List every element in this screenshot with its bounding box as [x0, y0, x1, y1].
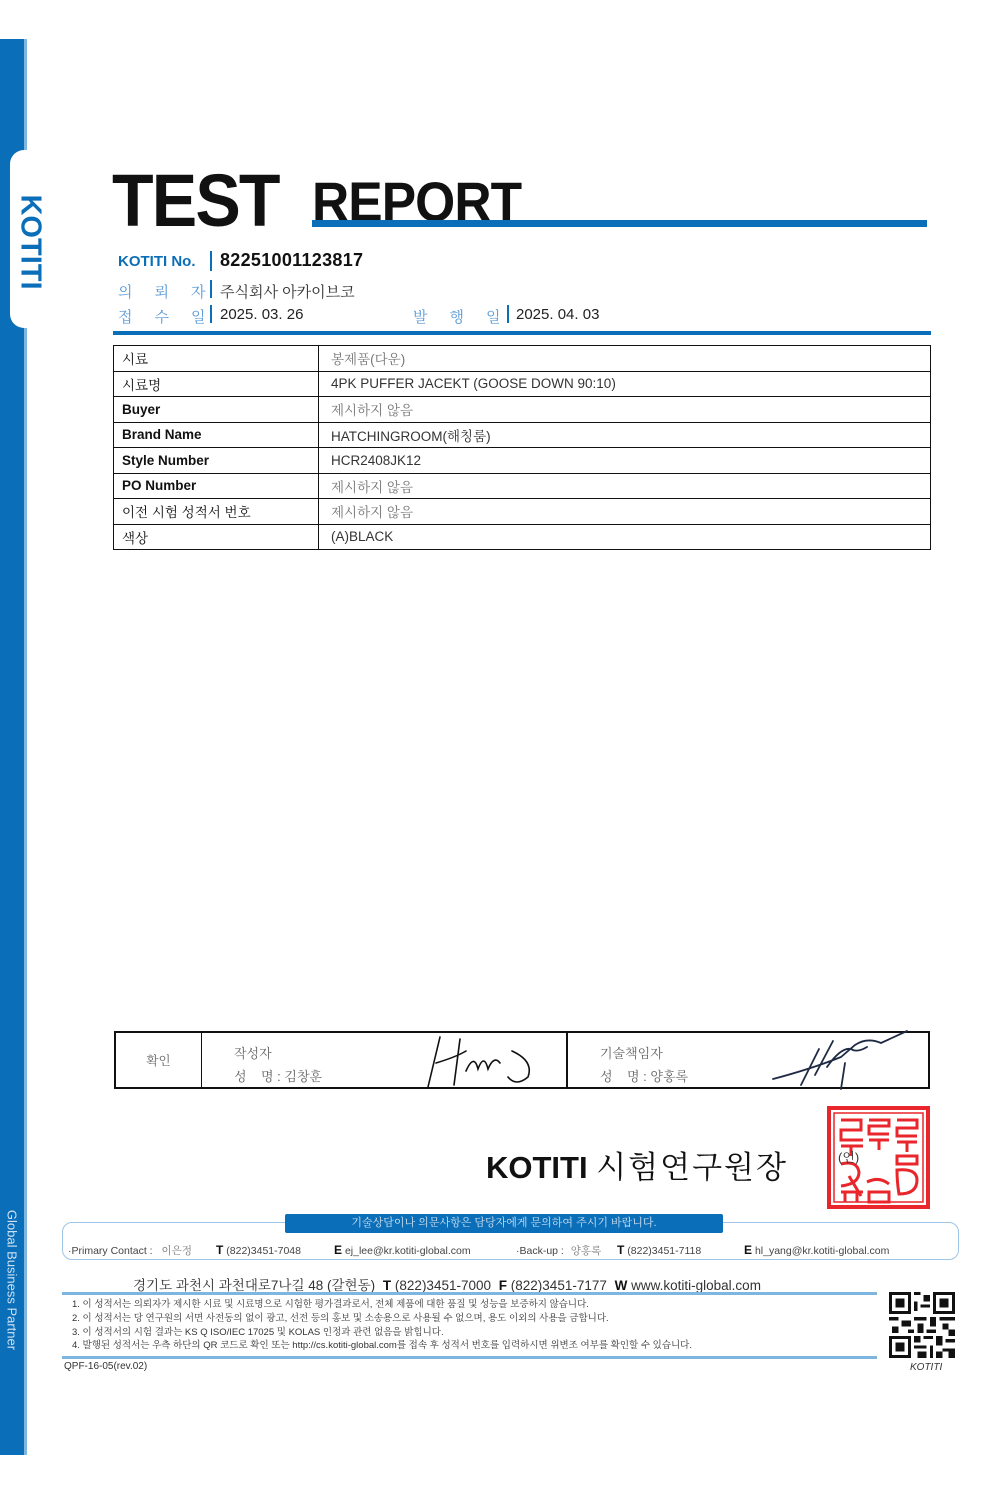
- form-code: QPF-16-05(rev.02): [64, 1361, 147, 1372]
- issued-date-value: 2025. 04. 03: [516, 306, 599, 323]
- row-label: PO Number: [114, 473, 319, 499]
- director-role: 시험연구원장: [596, 1150, 788, 1185]
- primary-contact-tel: T (822)3451-7048: [216, 1243, 301, 1257]
- table-row: 색상(A)BLACK: [114, 524, 931, 550]
- table-row: PO Number제시하지 않음: [114, 473, 931, 499]
- address-street: 경기도 과천시 과천대로7나길 48 (갈현동): [133, 1278, 375, 1293]
- email-label: E: [334, 1243, 342, 1257]
- notes-divider: [62, 1356, 877, 1359]
- row-value: HCR2408JK12: [319, 448, 931, 474]
- signature-divider: [566, 1033, 568, 1087]
- table-row: Buyer제시하지 않음: [114, 397, 931, 423]
- row-value: 4PK PUFFER JACEKT (GOOSE DOWN 90:10): [319, 371, 931, 397]
- table-row: 시료봉제품(다운): [114, 346, 931, 372]
- tech-manager-role: 기술책임자: [600, 1043, 663, 1062]
- row-label: Brand Name: [114, 422, 319, 448]
- primary-contact-label: ·Primary Contact :: [68, 1245, 153, 1257]
- primary-contact: ·Primary Contact : 이은정: [68, 1243, 192, 1258]
- web-label: W: [615, 1278, 628, 1293]
- primary-contact-name: 이은정: [162, 1245, 192, 1257]
- note-item: 2. 이 성적서는 당 연구원의 서면 사전동의 없이 광고, 선전 등의 홍보…: [72, 1312, 692, 1326]
- row-label: Style Number: [114, 448, 319, 474]
- writer-name: 성 명 : 김창훈: [234, 1066, 322, 1085]
- address-fax: (822)3451-7177: [511, 1278, 607, 1293]
- tel-label: T: [617, 1243, 624, 1257]
- writer-role: 작성자: [234, 1043, 272, 1062]
- note-item: 1. 이 성적서는 의뢰자가 제시한 시료 및 시료명으로 시험한 평가결과로서…: [72, 1298, 692, 1312]
- row-label: 시료: [114, 346, 319, 372]
- tech-manager-signature: [771, 1029, 911, 1091]
- report-notes: 1. 이 성적서는 의뢰자가 제시한 시료 및 시료명으로 시험한 평가결과로서…: [72, 1298, 692, 1353]
- meta-separator: [210, 305, 212, 323]
- fax-label: F: [499, 1278, 507, 1293]
- backup-contact: ·Back-up : 양홍록: [516, 1243, 601, 1258]
- row-label: 색상: [114, 524, 319, 550]
- tech-manager-name: 성 명 : 양홍록: [600, 1066, 688, 1085]
- backup-tel-value: (822)3451-7118: [627, 1245, 701, 1257]
- side-tagline-text: Global Business Partner: [5, 1210, 20, 1350]
- backup-contact-email[interactable]: E hl_yang@kr.kotiti-global.com: [744, 1243, 889, 1257]
- primary-tel-value: (822)3451-7048: [226, 1245, 301, 1257]
- title-test: TEST: [112, 164, 279, 238]
- tel-label: T: [383, 1278, 391, 1293]
- table-row: Style NumberHCR2408JK12: [114, 448, 931, 474]
- kotiti-no-label: KOTITI No.: [118, 253, 196, 270]
- backup-contact-name: 양홍록: [571, 1245, 601, 1257]
- row-label: Buyer: [114, 397, 319, 423]
- confirm-label: 확인: [116, 1033, 202, 1087]
- backup-contact-tel: T (822)3451-7118: [617, 1243, 701, 1257]
- row-value: (A)BLACK: [319, 524, 931, 550]
- meta-separator: [210, 280, 212, 298]
- meta-divider: [113, 331, 931, 335]
- kotiti-no-value: 82251001123817: [220, 250, 363, 271]
- row-value: 제시하지 않음: [319, 397, 931, 423]
- meta-separator: [507, 305, 509, 323]
- tel-label: T: [216, 1243, 223, 1257]
- sample-info-table: 시료봉제품(다운)시료명4PK PUFFER JACEKT (GOOSE DOW…: [113, 345, 931, 550]
- address-tel: (822)3451-7000: [395, 1278, 491, 1293]
- side-tagline: Global Business Partner: [0, 1190, 24, 1370]
- table-row: Brand NameHATCHINGROOM(해칭룸): [114, 422, 931, 448]
- address-website-link[interactable]: www.kotiti-global.com: [631, 1278, 761, 1293]
- kotiti-logo: KOTITI: [14, 182, 46, 302]
- backup-contact-label: ·Back-up :: [516, 1245, 564, 1257]
- address-divider: [62, 1292, 877, 1295]
- seal-mark: (인): [838, 1147, 859, 1166]
- company-address: 경기도 과천시 과천대로7나길 48 (갈현동) T (822)3451-700…: [133, 1274, 761, 1294]
- client-value: 주식회사 아카이브코: [220, 281, 355, 302]
- note-item: 4. 발행된 성적서는 우측 하단의 QR 코드로 확인 또는 http://c…: [72, 1339, 692, 1353]
- director-org: KOTITI: [486, 1150, 588, 1185]
- kotiti-logo-text: KOTITI: [14, 194, 47, 289]
- title-underline: [312, 220, 927, 227]
- writer-signature: [416, 1033, 546, 1089]
- table-row: 시료명4PK PUFFER JACEKT (GOOSE DOWN 90:10): [114, 371, 931, 397]
- table-row: 이전 시험 성적서 번호제시하지 않음: [114, 499, 931, 525]
- backup-email-link[interactable]: hl_yang@kr.kotiti-global.com: [755, 1245, 889, 1257]
- contact-banner: 기술상담이나 의문사항은 담당자에게 문의하여 주시기 바랍니다.: [285, 1214, 723, 1233]
- director-title: KOTITI 시험연구원장: [486, 1142, 788, 1187]
- note-item: 3. 이 성적서의 시험 결과는 KS Q ISO/IEC 17025 및 KO…: [72, 1326, 692, 1340]
- primary-email-link[interactable]: ej_lee@kr.kotiti-global.com: [345, 1245, 471, 1257]
- email-label: E: [744, 1243, 752, 1257]
- row-label: 이전 시험 성적서 번호: [114, 499, 319, 525]
- row-value: 제시하지 않음: [319, 473, 931, 499]
- signature-box: 확인 작성자 성 명 : 김창훈 기술책임자 성 명 : 양홍록: [114, 1031, 930, 1089]
- row-value: HATCHINGROOM(해칭룸): [319, 422, 931, 448]
- qr-code-icon[interactable]: [889, 1292, 955, 1358]
- qr-caption: KOTITI: [910, 1362, 942, 1373]
- meta-separator: [210, 251, 212, 271]
- row-value: 제시하지 않음: [319, 499, 931, 525]
- received-date-value: 2025. 03. 26: [220, 306, 303, 323]
- primary-contact-email[interactable]: E ej_lee@kr.kotiti-global.com: [334, 1243, 471, 1257]
- row-label: 시료명: [114, 371, 319, 397]
- row-value: 봉제품(다운): [319, 346, 931, 372]
